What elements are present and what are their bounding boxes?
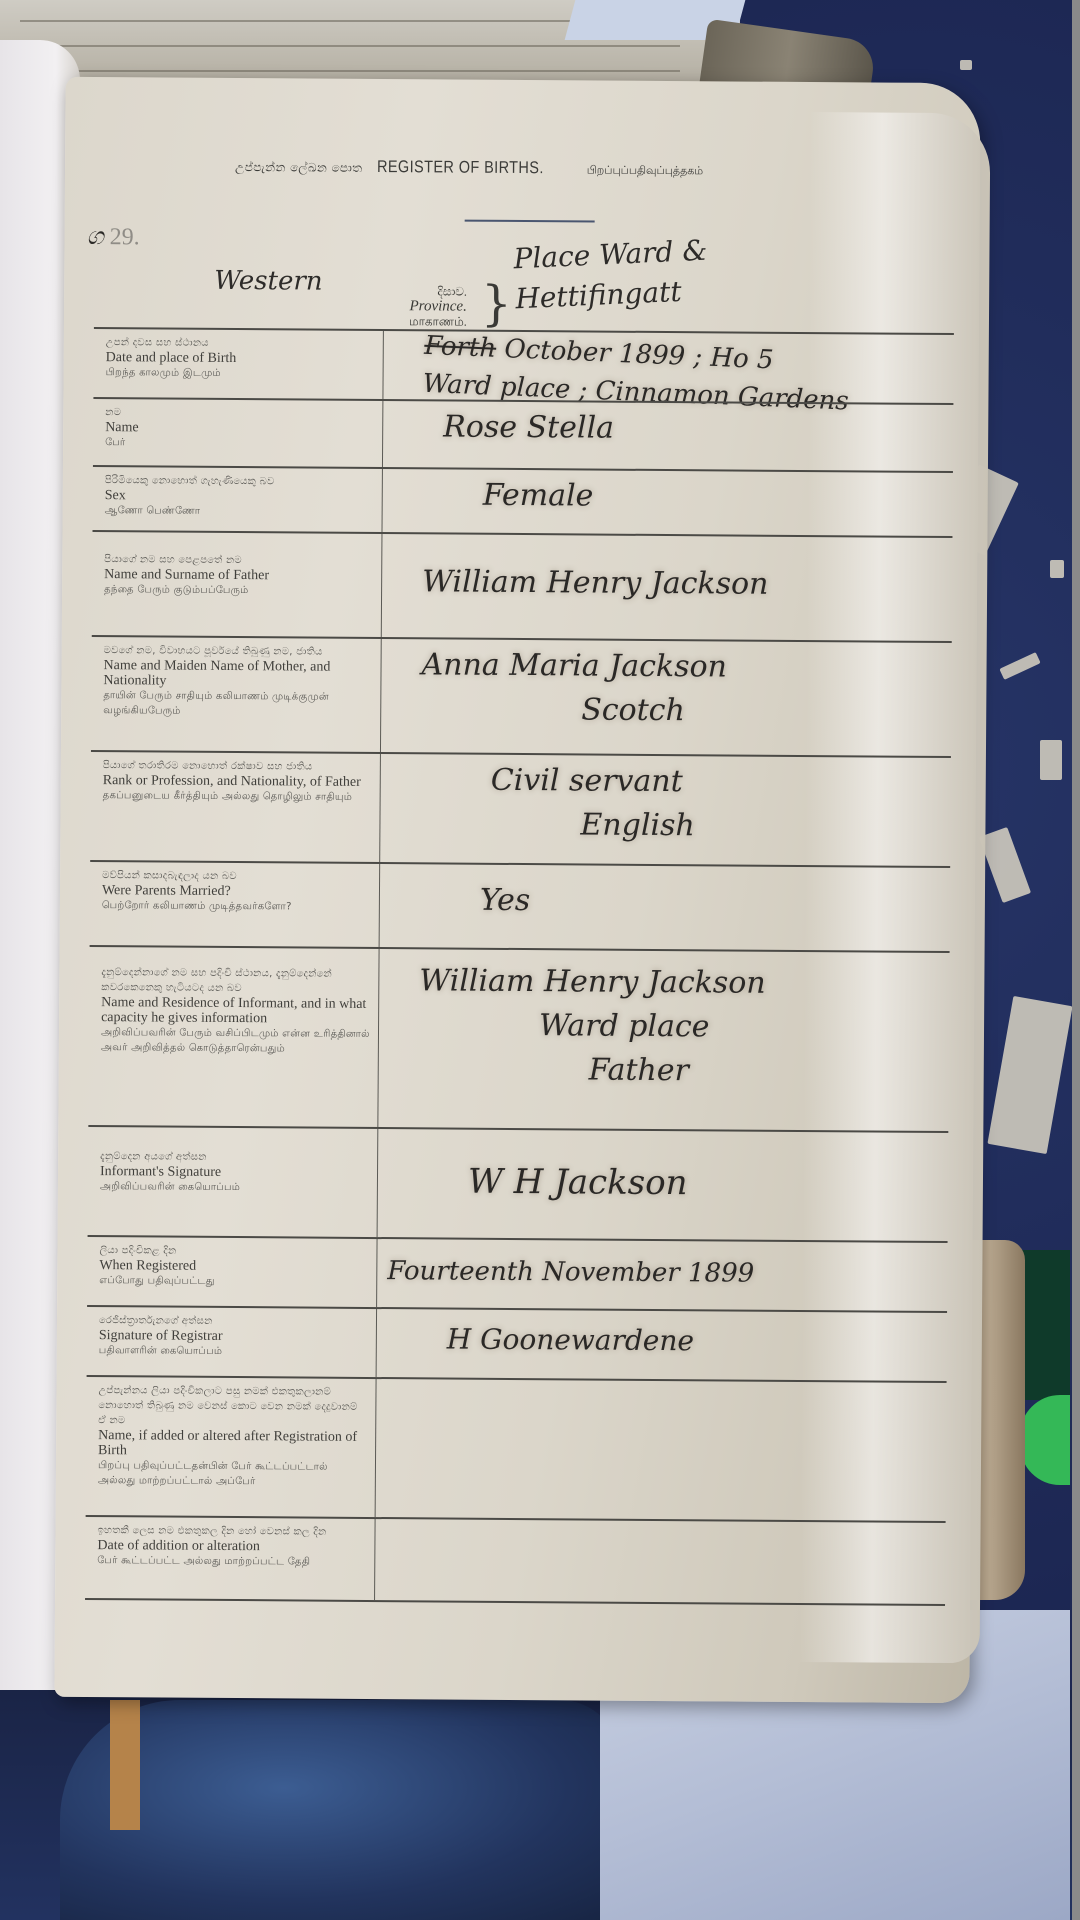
- row-label: උප්පැන්නය ලියා පදිංචිකලාට පසු නමක් එකතුක…: [86, 1377, 377, 1517]
- row-name: නම Name பேர் Rose Stella: [93, 397, 953, 471]
- label-tamil: பிறந்த காலமும் இடமும்: [106, 365, 375, 382]
- row-value: Yes: [380, 864, 951, 951]
- value-line: Anna Maria Jackson: [421, 643, 941, 691]
- label-english: Name, if added or altered after Registra…: [98, 1428, 367, 1460]
- label-sinhala: දැනුම්දෙන්නාගේ නම සහ පදිංචි ස්ථානය, දැනු…: [101, 965, 370, 997]
- row-value: [375, 1519, 946, 1604]
- informant-signature: W H Jackson: [468, 1160, 938, 1207]
- brace-icon: }: [481, 280, 512, 328]
- row-value: Anna Maria Jackson Scotch: [381, 639, 952, 756]
- label-tamil: அறிவிப்பவரின் பேரும் வசிப்பிடமும் என்ன உ…: [101, 1025, 370, 1057]
- row-label: පියාගේ තරාතිරම නොහොත් රක්ෂාව සහ ජාතිය Ra…: [90, 752, 381, 862]
- row-rank-profession: පියාගේ තරාතිරම නොහොත් රක්ෂාව සහ ජාතිය Ra…: [90, 750, 951, 866]
- wooden-stick: [110, 1700, 140, 1830]
- label-tamil: ஆணோ பெண்ணோ: [105, 503, 374, 520]
- label-tamil: தந்தை பேரும் குடும்பப்பேரும்: [104, 582, 373, 599]
- row-father: පියාගේ නම සහ පෙළපතේ නම Name and Surname …: [92, 530, 953, 641]
- province-label-english: Province.: [409, 299, 467, 314]
- province-value: Place Ward & Hettifingatt: [513, 223, 876, 319]
- value-line: Ward place: [419, 1003, 939, 1051]
- row-label: උපන් දවස සහ ස්ථානය Date and place of Bir…: [93, 329, 383, 399]
- value-line: William Henry Jackson: [419, 959, 939, 1007]
- value-line: Father: [419, 1047, 939, 1095]
- label-tamil: பேர்: [105, 435, 374, 452]
- row-registrar-signature: රෙජිස්ත්‍රාර්තැනගේ අත්සන Signature of Re…: [87, 1305, 947, 1381]
- row-value: Fourteenth November 1899: [377, 1239, 947, 1311]
- label-tamil: அறிவிப்பவரின் கையொப்பம்: [100, 1179, 369, 1196]
- label-tamil: பிறப்பு பதிவுப்பட்டதன்பின் பேர் கூட்டப்ப…: [98, 1458, 367, 1490]
- value-line: [417, 1383, 937, 1387]
- row-label: ලියා පදිංචිකළ දින When Registered எப்போத…: [87, 1237, 377, 1307]
- row-when-registered: ලියා පදිංචිකළ දින When Registered எப்போத…: [87, 1235, 947, 1311]
- register-table: උපන් දවස සහ ස්ථානය Date and place of Bir…: [85, 327, 954, 1606]
- label-sinhala: පිරිමියෙකු නොහොත් ගැහැණියෙකු බව: [105, 473, 374, 490]
- value-line: English: [420, 802, 940, 850]
- row-label: මවගේ නම, විවාහයට පූර්වයේ තිබුණු නම, ජාති…: [91, 637, 382, 752]
- row-label: රෙජිස්ත්‍රාර්තැනගේ අත්සන Signature of Re…: [87, 1307, 377, 1377]
- paper-fragment: [1050, 560, 1064, 578]
- value-line: Civil servant: [421, 758, 941, 806]
- label-tamil: தாயின் பேரும் சாதியும் கலியாணம் முடிக்கு…: [103, 688, 372, 720]
- row-label: පිරිමියෙකු නොහොත් ගැහැණියෙකු බව Sex ஆணோ …: [93, 467, 383, 532]
- page-title: REGISTER OF BIRTHS.: [376, 157, 543, 178]
- row-date-altered: ඉහතකී ලෙස නම එකතුකල දින හෝ වෙනස් කල දින …: [85, 1515, 946, 1606]
- paper-fragment: [960, 60, 972, 70]
- value-line: William Henry Jackson: [422, 560, 942, 608]
- paper-fragment: [1040, 740, 1062, 780]
- register-page: උප්පැන්න ලේඛන පොත REGISTER OF BIRTHS. பி…: [54, 77, 980, 1703]
- row-label: නම Name பேர்: [93, 399, 383, 467]
- value-line: Female: [483, 474, 943, 521]
- value-line: Rose Stella: [443, 405, 943, 452]
- row-informant: දැනුම්දෙන්නාගේ නම සහ පදිංචි ස්ථානය, දැනු…: [88, 945, 949, 1131]
- lap-jeans: [60, 1700, 620, 1920]
- page-header: උප්පැන්න ලේඛන පොත REGISTER OF BIRTHS. பி…: [235, 156, 855, 180]
- district-value: Western: [214, 266, 323, 297]
- row-label: මව්පියන් කසාදබැඳලාද යන බව Were Parents M…: [90, 862, 381, 947]
- row-parents-married: මව්පියන් කසාදබැඳලාද යන බව Were Parents M…: [90, 860, 951, 951]
- row-value: Female: [382, 469, 952, 536]
- label-english: Name and Residence of Informant, and in …: [101, 995, 370, 1027]
- row-label: දැනුම්දෙන අයගේ අත්සන Informant's Signatu…: [88, 1127, 379, 1237]
- label-tamil: பேர் கூட்டப்பட்ட அல்லது மாற்றப்பட்ட தேதி: [97, 1553, 366, 1570]
- row-value: [376, 1379, 947, 1521]
- registrar-signature: H Goonewardene: [447, 1318, 937, 1365]
- row-date-place-birth: උපන් දවස සහ ස්ථානය Date and place of Bir…: [93, 327, 953, 403]
- struck-text: Forth: [424, 331, 497, 364]
- row-mother: මවගේ නම, විවාහයට පූර්වයේ තිබුණු නම, ජාති…: [91, 635, 952, 756]
- value-line: Yes: [480, 879, 940, 926]
- image-border: [1072, 0, 1080, 1920]
- row-value: William Henry Jackson Ward place Father: [378, 949, 949, 1131]
- row-value: William Henry Jackson: [382, 534, 953, 641]
- value-line: Fourteenth November 1899: [387, 1249, 937, 1297]
- label-tamil: பதிவாளரின் கையொப்பம்: [99, 1343, 368, 1360]
- row-name-altered: උප්පැන්නය ලියා පදිංචිකලාට පසු නමක් එකතුක…: [86, 1375, 947, 1521]
- row-label: පියාගේ නම සහ පෙළපතේ නම Name and Surname …: [92, 532, 383, 637]
- value-line: [416, 1523, 936, 1527]
- row-informant-signature: දැනුම්දෙන අයගේ අත්සන Informant's Signatu…: [88, 1125, 949, 1241]
- row-value: Rose Stella: [383, 401, 953, 471]
- value-line: Scotch: [421, 687, 941, 735]
- entry-number-value: 29.: [110, 224, 140, 250]
- row-value: H Goonewardene: [377, 1309, 947, 1381]
- entry-number: ග 29.: [86, 222, 139, 251]
- row-value: W H Jackson: [378, 1129, 949, 1241]
- header-sinhala: උප්පැන්න ලේඛන පොත: [235, 160, 363, 176]
- label-tamil: தகப்பனுடைய கீர்த்தியும் அல்லது தொழிலும் …: [103, 788, 372, 805]
- header-tamil: பிறப்புப்பதிவுப்புத்தகம்: [587, 163, 704, 179]
- row-label: ඉහතකී ලෙස නම එකතුකල දින හෝ වෙනස් කල දින …: [85, 1517, 376, 1600]
- ornament-rule: [465, 220, 595, 223]
- row-sex: පිරිමියෙකු නොහොත් ගැහැණියෙකු බව Sex ஆணோ …: [93, 465, 953, 536]
- label-tamil: எப்போது பதிவுப்பட்டது: [99, 1273, 368, 1290]
- entry-mark: ග: [86, 222, 103, 250]
- row-label: දැනුම්දෙන්නාගේ නම සහ පදිංචි ස්ථානය, දැනු…: [88, 947, 379, 1127]
- label-tamil: பெற்றோர் கலியாணம் முடித்தவர்களோ?: [102, 898, 371, 915]
- label-english: Name and Maiden Name of Mother, and Nati…: [103, 658, 372, 690]
- label-sinhala: උප්පැන්නය ලියා පදිංචිකලාට පසු නමක් එකතුක…: [98, 1383, 367, 1430]
- row-value: Civil servant English: [380, 754, 951, 866]
